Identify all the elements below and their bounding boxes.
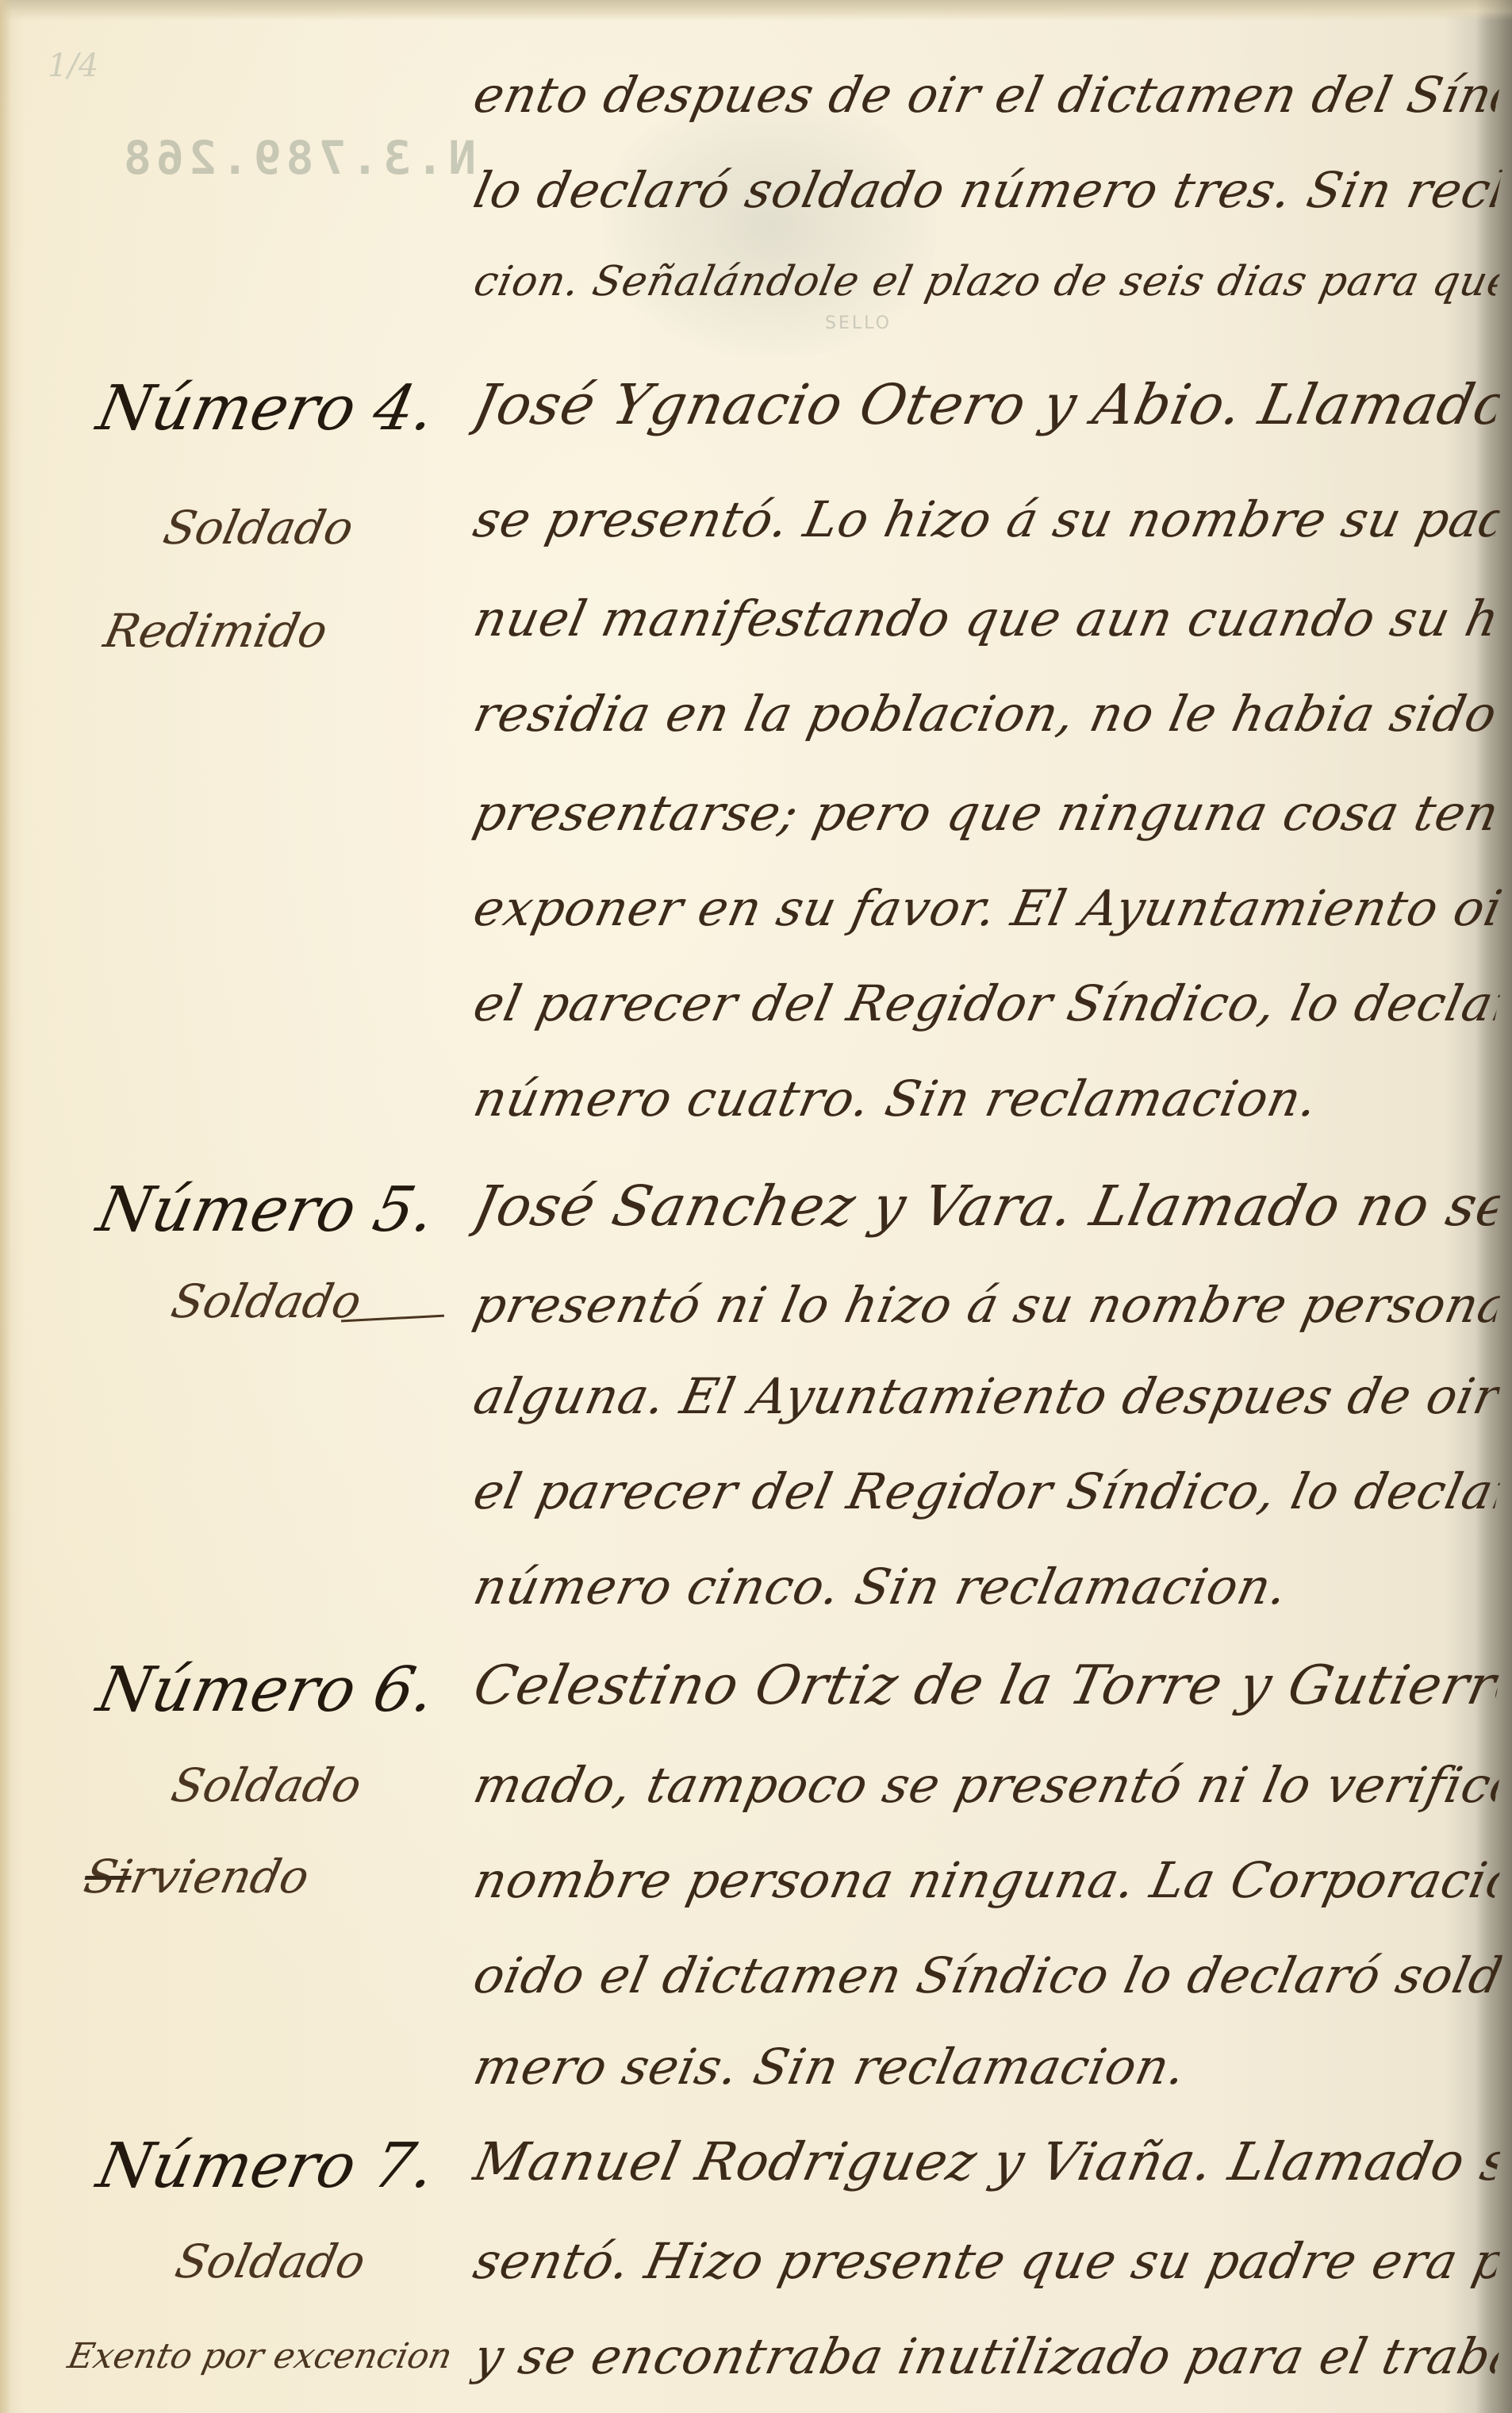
text-line: nombre persona ninguna. La Corporacion — [468, 1849, 1505, 1912]
note-text: rviendo — [126, 1850, 314, 1904]
text-line: y se encontraba inutilizado para el trab… — [468, 2325, 1505, 2388]
text-line: el parecer del Regidor Síndico, lo decla… — [468, 1460, 1505, 1523]
text-line: alguna. El Ayuntamiento despues de oir — [468, 1365, 1505, 1428]
text-line: residia en la poblacion, no le habia sid… — [468, 682, 1505, 746]
entry-status-6: Soldado — [167, 1758, 366, 1813]
entry-number-5: Número 5. — [91, 1174, 441, 1246]
text-line: mado, tampoco se presentó ni lo verificó… — [468, 1754, 1505, 1817]
entry-note-7: Exento por excencion — [63, 2333, 456, 2380]
text-line: mero seis. Sin reclamacion. — [468, 2035, 1505, 2099]
entry-number-7: Número 7. — [91, 2131, 441, 2202]
text-line: el parecer del Regidor Síndico, lo decla… — [468, 972, 1505, 1036]
text-line: nuel manifestando que aun cuando su hijo… — [468, 587, 1505, 651]
entry-status-5: Soldado — [167, 1274, 366, 1329]
folio-mark: 1/4 — [48, 48, 98, 84]
text-line: número cinco. Sin reclamacion. — [468, 1555, 1505, 1619]
text-line: se presentó. Lo hizo á su nombre su padr… — [468, 488, 1505, 551]
entry-number-6: Número 6. — [91, 1654, 441, 1726]
text-line: Manuel Rodriguez y Viaña. Llamado se pre — [468, 2131, 1505, 2194]
entry-status-7: Soldado — [171, 2234, 370, 2289]
stamp-number-bleedthrough: N.3.789.268 — [119, 131, 476, 185]
entry-note-6: Sirviendo — [79, 1849, 314, 1904]
text-line: José Ygnacio Otero y Abio. Llamado no — [468, 373, 1505, 436]
seal-label: SELLO — [825, 313, 892, 333]
entry-status-4: Soldado — [159, 500, 359, 555]
text-line: sentó. Hizo presente que su padre era po… — [468, 2230, 1505, 2293]
entry-note-4: Redimido — [99, 603, 332, 659]
text-line: oido el dictamen Síndico lo declaró sold… — [468, 1944, 1505, 2008]
entry-number-4: Número 4. — [91, 373, 441, 444]
text-line: cion. Señalándole el plazo de seis dias … — [468, 250, 1505, 313]
text-line: presentó ni lo hizo á su nombre persona — [468, 1274, 1505, 1337]
text-line: exponer en su favor. El Ayuntamiento oid… — [468, 877, 1505, 940]
page-left-edge — [0, 0, 11, 2413]
text-line: número cuatro. Sin reclamacion. — [468, 1067, 1505, 1131]
text-line: ento despues de oir el dictamen del Sínd… — [468, 63, 1505, 127]
text-line: presentarse; pero que ninguna cosa tenia… — [468, 782, 1505, 845]
page-top-edge — [0, 0, 1512, 21]
text-line: José Sanchez y Vara. Llamado no se — [468, 1174, 1505, 1238]
text-line: lo declaró soldado número tres. Sin recl… — [468, 159, 1505, 222]
text-line: Celestino Ortiz de la Torre y Gutierrez.… — [468, 1654, 1505, 1718]
